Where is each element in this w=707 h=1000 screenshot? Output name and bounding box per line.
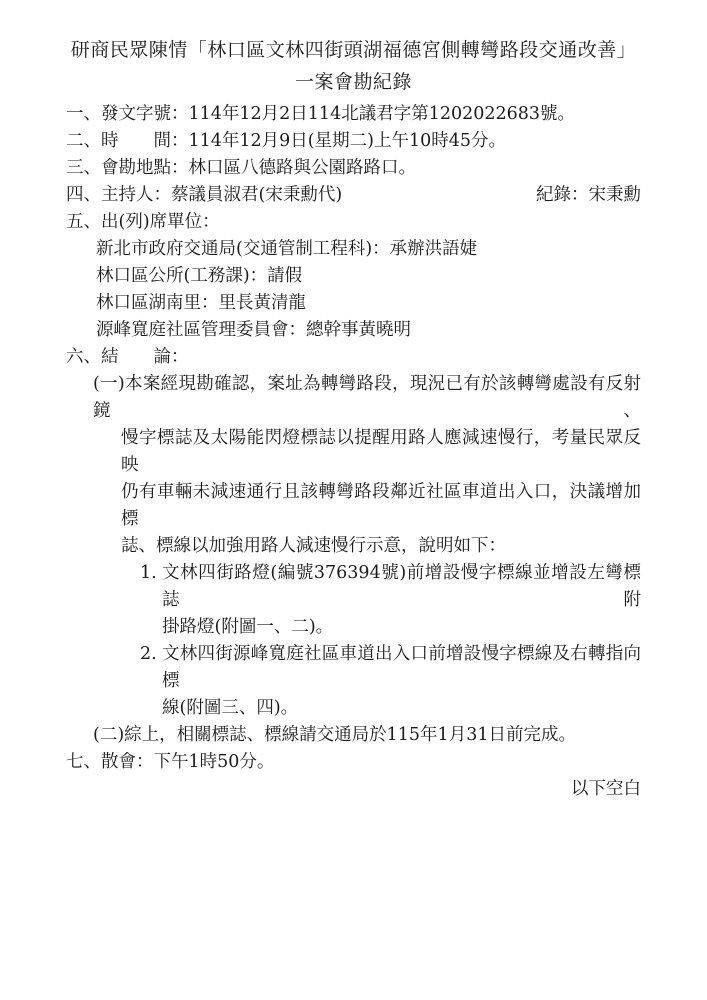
adjourn-line: 七、散會：下午1時50分。: [66, 749, 641, 776]
host-line: 四、主持人：蔡議員淑君(宋秉勳代) 紀錄：宋秉勳: [66, 182, 641, 209]
conclusion-1-line: (一)本案經現勘確認，案址為轉彎路段，現況已有於該轉彎處設有反射鏡、: [66, 371, 641, 425]
document-title-line2: 一案會勘紀錄: [66, 66, 641, 98]
attendee-item: 新北市政府交通局(交通管制工程科)：承辦洪語婕: [66, 236, 641, 263]
list-number: 2.: [140, 641, 162, 695]
blank-below-note: 以下空白: [66, 776, 641, 803]
document-body: 一、發文字號：114年12月2日114北議君字第1202022683號。 二、時…: [66, 101, 641, 803]
list-item-text: 文林四街源峰寬庭社區車道出入口前增設慢字標線及右轉指向標: [162, 641, 641, 695]
conclusion-header: 六、結 論：: [66, 344, 641, 371]
conclusion-sub-item-2: 2. 文林四街源峰寬庭社區車道出入口前增設慢字標線及右轉指向標: [66, 641, 641, 695]
meeting-time-line: 二、時 間：114年12月9日(星期二)上午10時45分。: [66, 128, 641, 155]
attendee-item: 林口區湖南里：里長黃清龍: [66, 290, 641, 317]
recorder-label: 紀錄：宋秉勳: [536, 182, 641, 209]
document-page: 研商民眾陳情「林口區文林四街頭湖福德宮側轉彎路段交通改善」 一案會勘紀錄 一、發…: [0, 0, 707, 1000]
attendee-item: 源峰寬庭社區管理委員會：總幹事黃曉明: [66, 317, 641, 344]
conclusion-1-line: 慢字標誌及太陽能閃燈標誌以提醒用路人應減速慢行，考量民眾反映: [66, 425, 641, 479]
conclusion-1-line: 仍有車輛未減速通行且該轉彎路段鄰近社區車道出入口，決議增加標: [66, 479, 641, 533]
conclusion-1-line: 誌、標線以加強用路人減速慢行示意，說明如下：: [66, 533, 641, 560]
doc-number-line: 一、發文字號：114年12月2日114北議君字第1202022683號。: [66, 101, 641, 128]
host-label: 四、主持人：蔡議員淑君(宋秉勳代): [66, 182, 342, 209]
conclusion-sub-item-2-cont: 線(附圖三、四)。: [66, 695, 641, 722]
conclusion-sub-item-1: 1. 文林四街路燈(編號376394號)前增設慢字標線並增設左彎標誌附: [66, 560, 641, 614]
conclusion-sub-item-1-cont: 掛路燈(附圖一、二)。: [66, 614, 641, 641]
location-line: 三、會勘地點：林口區八德路與公園路路口。: [66, 155, 641, 182]
document-title: 研商民眾陳情「林口區文林四街頭湖福德宮側轉彎路段交通改善」 一案會勘紀錄: [66, 34, 641, 98]
attendee-item: 林口區公所(工務課)：請假: [66, 263, 641, 290]
list-item-text: 文林四街路燈(編號376394號)前增設慢字標線並增設左彎標誌附: [162, 560, 641, 614]
document-title-line1: 研商民眾陳情「林口區文林四街頭湖福德宮側轉彎路段交通改善」: [66, 34, 641, 66]
conclusion-2-line: (二)綜上，相關標誌、標線請交通局於115年1月31日前完成。: [66, 722, 641, 749]
attendees-header: 五、出(列)席單位：: [66, 209, 641, 236]
list-number: 1.: [140, 560, 162, 614]
